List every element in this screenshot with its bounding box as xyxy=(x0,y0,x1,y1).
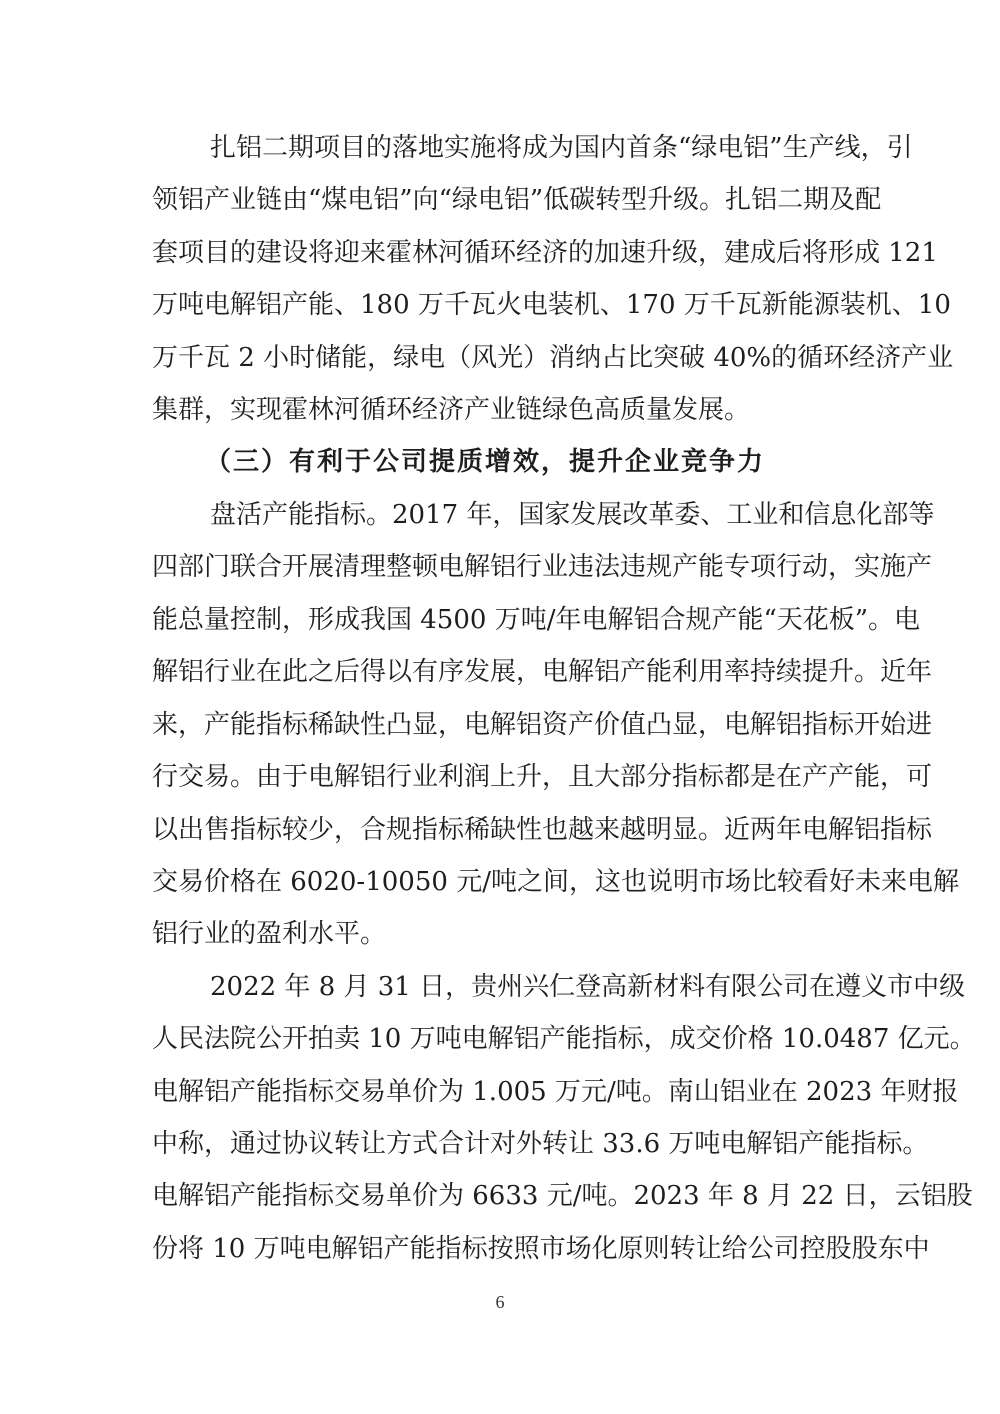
paragraph-2-line-4: 解铝行业在此之后得以有序发展，电解铝产能利用率持续提升。近年 xyxy=(152,652,848,692)
paragraph-1-line-5: 万千瓦 2 小时储能，绿电（风光）消纳占比突破 40%的循环经济产业 xyxy=(152,338,848,378)
paragraph-2-line-9: 铝行业的盈利水平。 xyxy=(152,914,848,954)
paragraph-2-line-8: 交易价格在 6020-10050 元/吨之间，这也说明市场比较看好未来电解 xyxy=(152,862,848,902)
paragraph-2-line-1: 盘活产能指标。2017 年，国家发展改革委、工业和信息化部等 xyxy=(210,495,848,535)
paragraph-3-line-2: 人民法院公开拍卖 10 万吨电解铝产能指标，成交价格 10.0487 亿元。 xyxy=(152,1019,848,1059)
paragraph-2-line-2: 四部门联合开展清理整顿电解铝行业违法违规产能专项行动，实施产 xyxy=(152,547,848,587)
paragraph-3-line-3: 电解铝产能指标交易单价为 1.005 万元/吨。南山铝业在 2023 年财报 xyxy=(152,1072,848,1112)
paragraph-3-line-6: 份将 10 万吨电解铝产能指标按照市场化原则转让给公司控股股东中 xyxy=(152,1229,848,1269)
paragraph-1-line-4: 万吨电解铝产能、180 万千瓦火电装机、170 万千瓦新能源装机、10 xyxy=(152,285,848,325)
page-number: 6 xyxy=(0,1292,1000,1313)
section-heading: （三）有利于公司提质增效，提升企业竞争力 xyxy=(205,442,765,482)
paragraph-2-line-6: 行交易。由于电解铝行业利润上升，且大部分指标都是在产产能，可 xyxy=(152,757,848,797)
document-page: 扎铝二期项目的落地实施将成为国内首条“绿电铝”生产线，引 领铝产业链由“煤电铝”… xyxy=(0,0,1000,1414)
paragraph-3-line-4: 中称，通过协议转让方式合计对外转让 33.6 万吨电解铝产能指标。 xyxy=(152,1124,848,1164)
paragraph-1-line-3: 套项目的建设将迎来霍林河循环经济的加速升级，建成后将形成 121 xyxy=(152,233,848,273)
paragraph-1-line-2: 领铝产业链由“煤电铝”向“绿电铝”低碳转型升级。扎铝二期及配 xyxy=(152,180,848,220)
paragraph-3-line-1: 2022 年 8 月 31 日，贵州兴仁登高新材料有限公司在遵义市中级 xyxy=(210,967,848,1007)
paragraph-2-line-5: 来，产能指标稀缺性凸显，电解铝资产价值凸显，电解铝指标开始进 xyxy=(152,705,848,745)
paragraph-3-line-5: 电解铝产能指标交易单价为 6633 元/吨。2023 年 8 月 22 日，云铝… xyxy=(152,1176,848,1216)
paragraph-1-line-1: 扎铝二期项目的落地实施将成为国内首条“绿电铝”生产线，引 xyxy=(210,128,848,168)
paragraph-2-line-3: 能总量控制，形成我国 4500 万吨/年电解铝合规产能“天花板”。电 xyxy=(152,600,848,640)
paragraph-2-line-7: 以出售指标较少，合规指标稀缺性也越来越明显。近两年电解铝指标 xyxy=(152,810,848,850)
paragraph-1-line-6: 集群，实现霍林河循环经济产业链绿色高质量发展。 xyxy=(152,390,848,430)
